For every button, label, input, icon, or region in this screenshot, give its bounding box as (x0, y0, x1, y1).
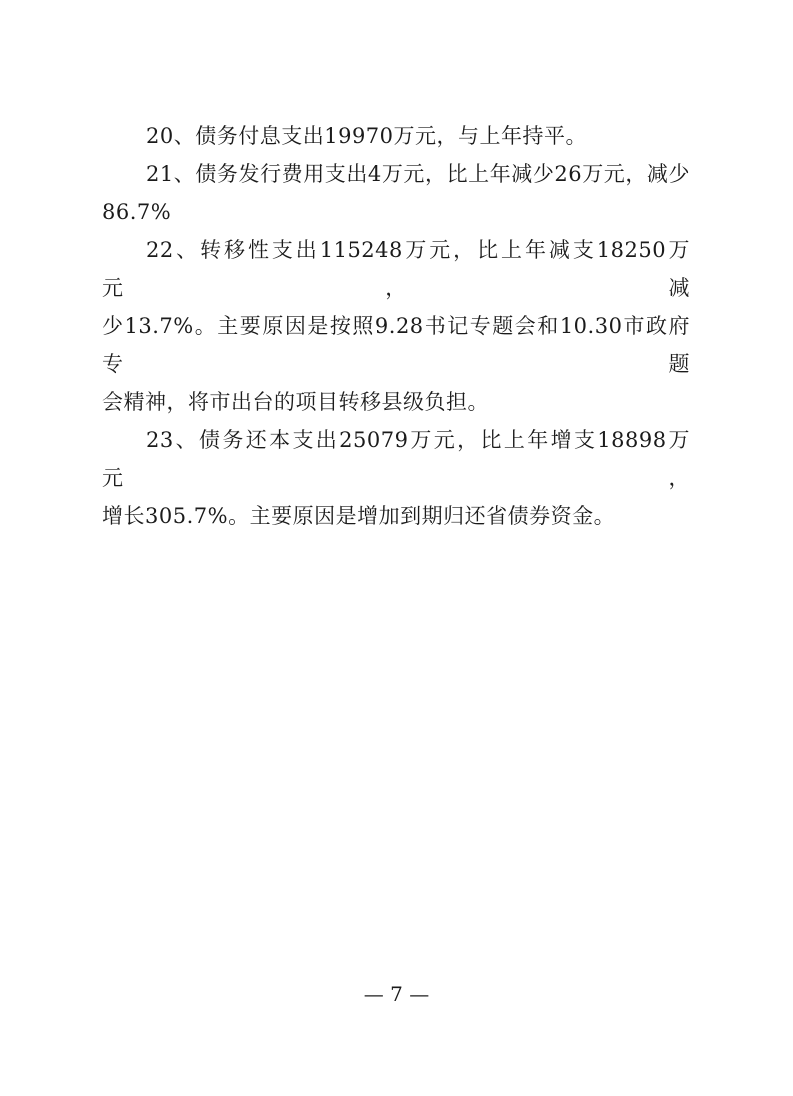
text-line: 会精神，将市出台的项目转移县级负担。 (102, 383, 690, 421)
paragraph-item-23: 23、债务还本支出25079万元，比上年增支18898万元， 增长305.7%。… (102, 421, 690, 535)
text-line: 20、债务付息支出19970万元，与上年持平。 (102, 117, 690, 155)
document-page: 20、债务付息支出19970万元，与上年持平。 21、债务发行费用支出4万元，比… (0, 0, 793, 1096)
paragraph-item-22: 22、转移性支出115248万元，比上年减支18250万元，减 少13.7%。主… (102, 231, 690, 421)
text-line: 21、债务发行费用支出4万元，比上年减少26万元，减少 (102, 155, 690, 193)
text-line: 23、债务还本支出25079万元，比上年增支18898万元， (102, 421, 690, 497)
document-body: 20、债务付息支出19970万元，与上年持平。 21、债务发行费用支出4万元，比… (102, 117, 690, 535)
text-line: 少13.7%。主要原因是按照9.28书记专题会和10.30市政府专题 (102, 307, 690, 383)
page-footer: — 7 — (0, 982, 793, 1006)
paragraph-item-21: 21、债务发行费用支出4万元，比上年减少26万元，减少 86.7% (102, 155, 690, 231)
page-number: — 7 — (364, 982, 429, 1006)
text-line: 增长305.7%。主要原因是增加到期归还省债券资金。 (102, 497, 690, 535)
paragraph-item-20: 20、债务付息支出19970万元，与上年持平。 (102, 117, 690, 155)
text-line: 86.7% (102, 193, 690, 231)
text-line: 22、转移性支出115248万元，比上年减支18250万元，减 (102, 231, 690, 307)
